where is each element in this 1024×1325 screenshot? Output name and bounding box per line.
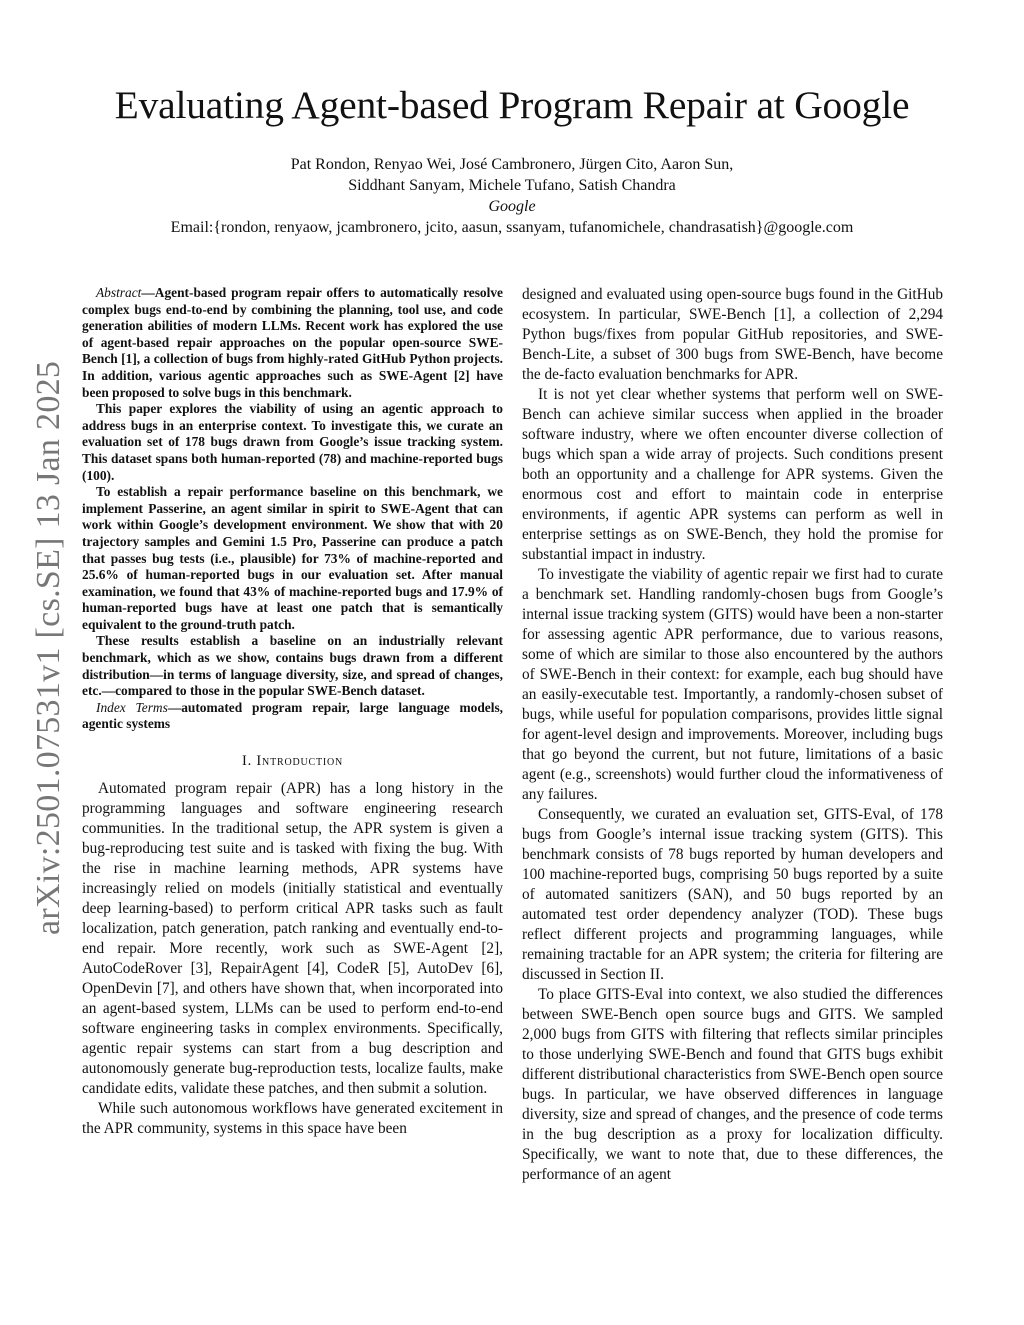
intro-left-body: Automated program repair (APR) has a lon… (82, 779, 503, 1139)
authors-line-2: Siddhant Sanyam, Michele Tufano, Satish … (0, 175, 1024, 196)
body-paragraph: It is not yet clear whether systems that… (522, 385, 943, 565)
body-paragraph: designed and evaluated using open-source… (522, 285, 943, 385)
abstract-paragraph: These results establish a baseline on an… (82, 633, 503, 699)
author-block: Pat Rondon, Renyao Wei, José Cambronero,… (0, 154, 1024, 238)
section-heading: I. Introduction (82, 753, 503, 770)
body-paragraph: To place GITS-Eval into context, we also… (522, 985, 943, 1185)
left-column: Abstract—Agent-based program repair offe… (82, 285, 503, 1139)
body-paragraph: Automated program repair (APR) has a lon… (82, 779, 503, 1099)
abstract-paragraph: This paper explores the viability of usi… (82, 401, 503, 484)
abstract-label: Abstract (96, 285, 141, 300)
body-paragraph: To investigate the viability of agentic … (522, 565, 943, 805)
right-column: designed and evaluated using open-source… (522, 285, 943, 1185)
body-paragraph: Consequently, we curated an evaluation s… (522, 805, 943, 985)
abstract-paragraph: Abstract—Agent-based program repair offe… (82, 285, 503, 401)
paper-title: Evaluating Agent-based Program Repair at… (0, 82, 1024, 128)
index-terms-label: Index Terms (96, 700, 168, 715)
author-emails: Email:{rondon, renyaow, jcambronero, jci… (0, 217, 1024, 238)
abstract: Abstract—Agent-based program repair offe… (82, 285, 503, 733)
authors-line-1: Pat Rondon, Renyao Wei, José Cambronero,… (0, 154, 1024, 175)
abstract-paragraph: To establish a repair performance baseli… (82, 484, 503, 633)
arxiv-stamp: arXiv:2501.07531v1 [cs.SE] 13 Jan 2025 (30, 335, 68, 935)
index-terms: Index Terms—automated program repair, la… (82, 700, 503, 733)
affiliation: Google (0, 196, 1024, 217)
body-paragraph: While such autonomous workflows have gen… (82, 1099, 503, 1139)
